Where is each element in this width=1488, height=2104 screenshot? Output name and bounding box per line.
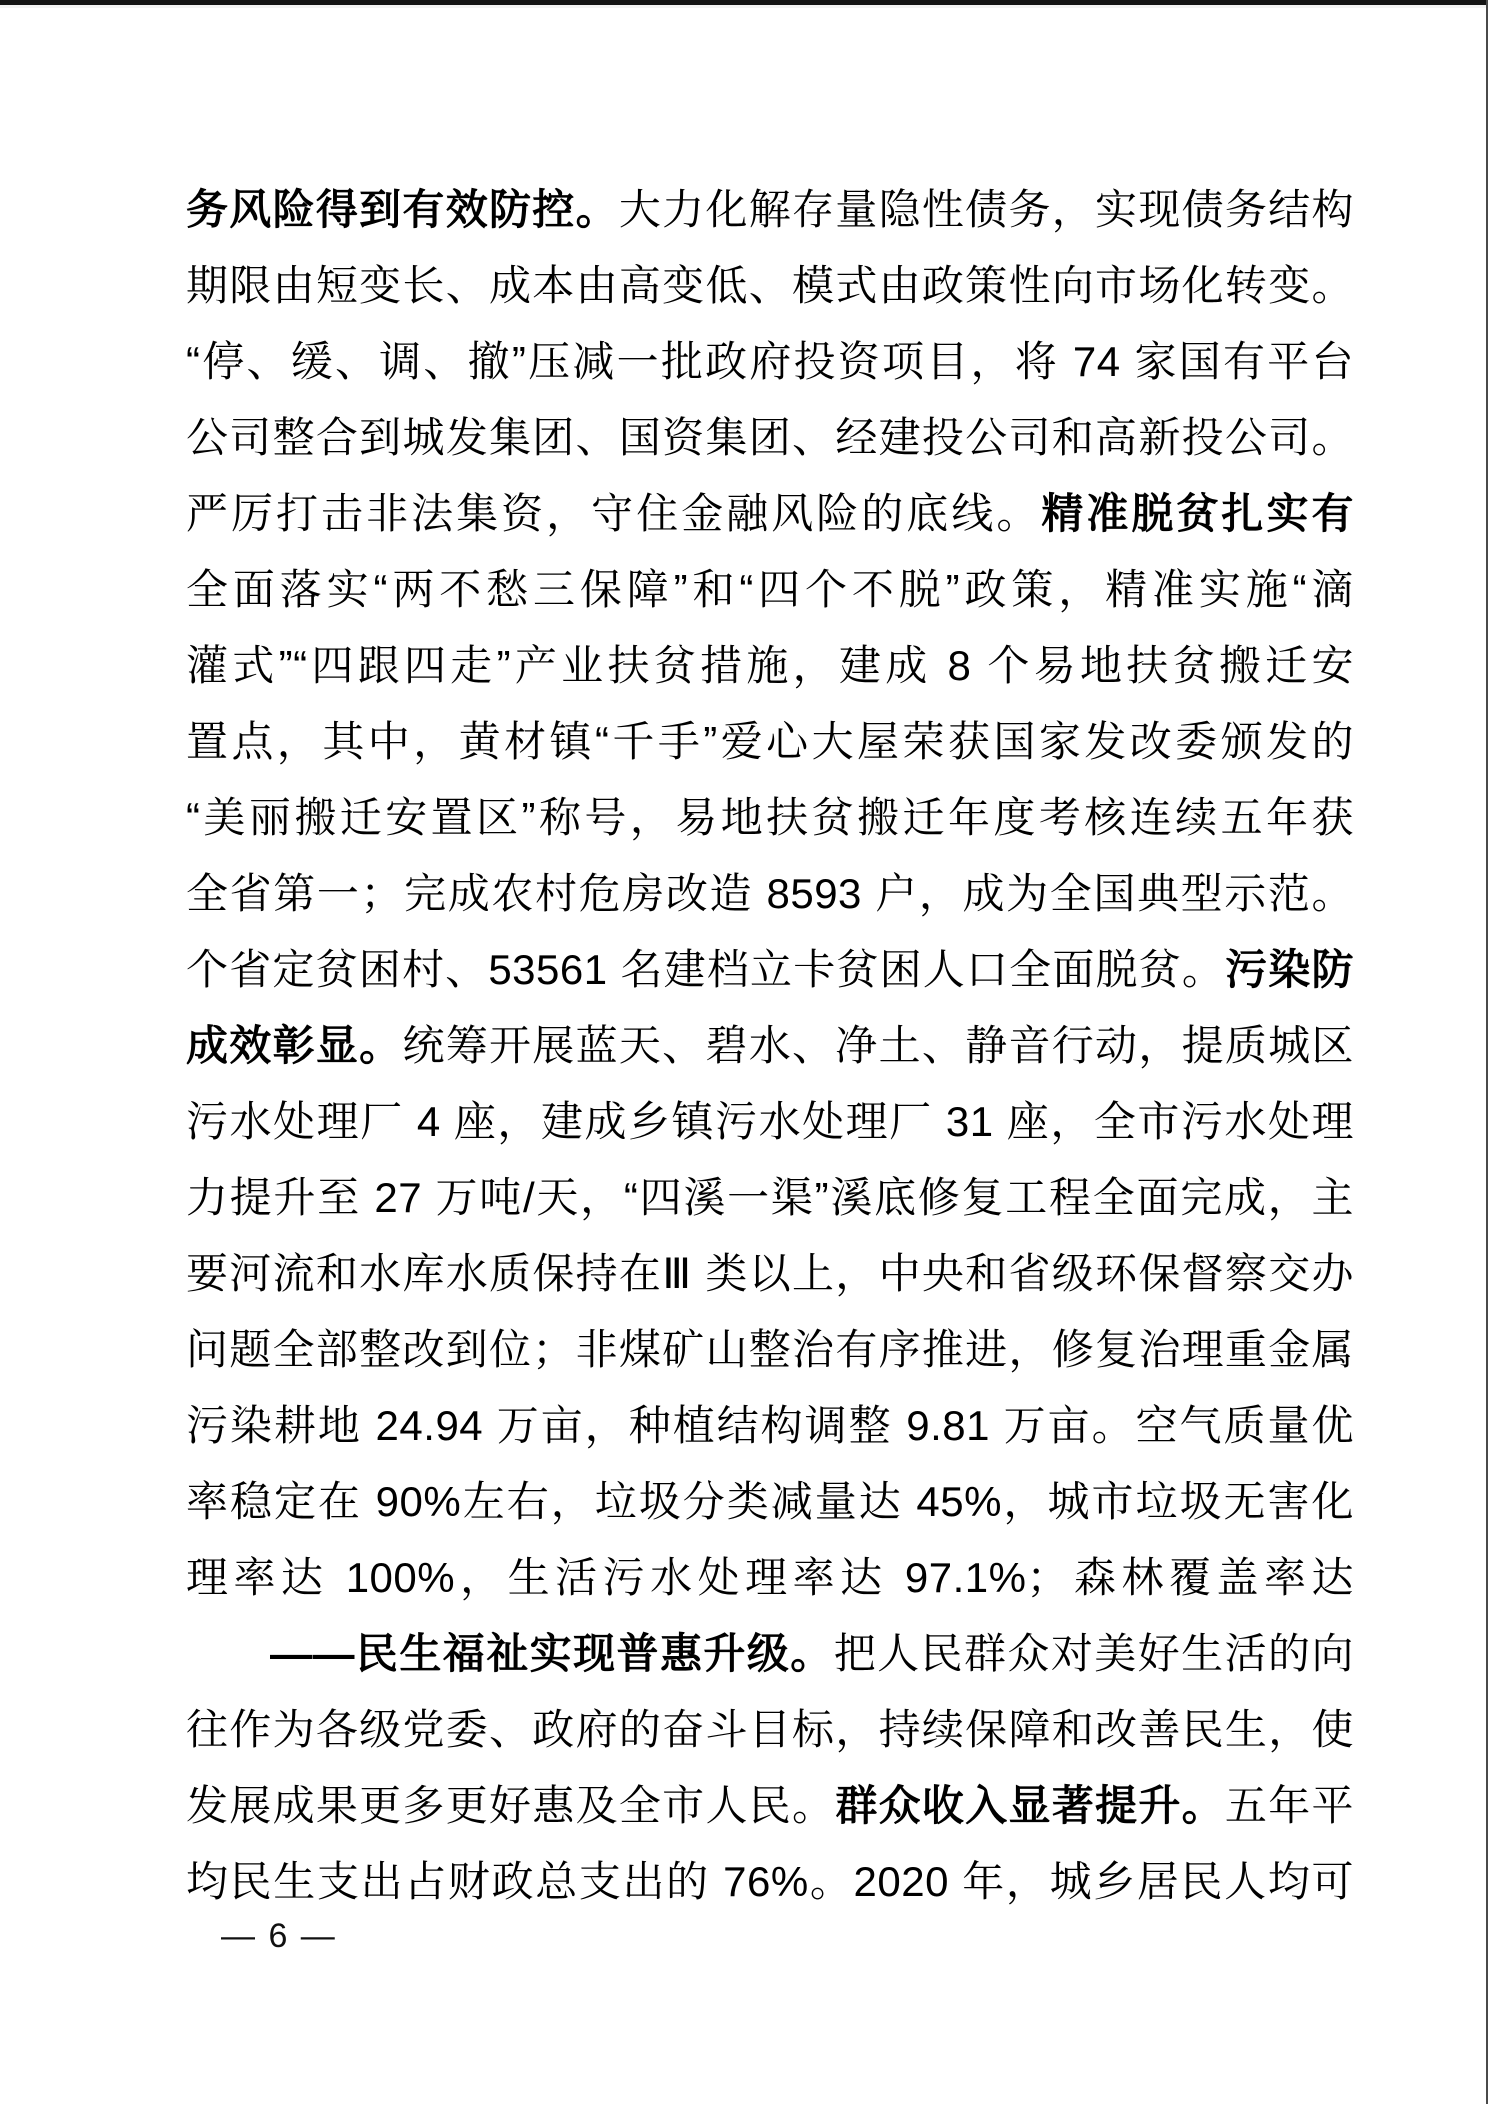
text-line: 置点，其中，黄材镇“千手”爱心大屋荣获国家发改委颁发的 [186, 704, 1354, 780]
text-run: 大力化解存量隐性债务，实现债务结构 [619, 186, 1354, 233]
text-line: 灌式”“四跟四走”产业扶贫措施，建成 8 个易地扶贫搬迁安 [186, 628, 1354, 704]
text-run: 灌式”“四跟四走”产业扶贫措施，建成 8 个易地扶贫搬迁安 [186, 642, 1354, 689]
text-run: 率稳定在 90%左右，垃圾分类减量达 45%，城市垃圾无害化处 [186, 1478, 1354, 1540]
page-top-edge-shadow [0, 5, 1488, 8]
text-line: ——民生福祉实现普惠升级。把人民群众对美好生活的向 [186, 1616, 1354, 1692]
text-run: 均民生支出占财政总支出的 76%。2020 年，城乡居民人均可支 [186, 1858, 1354, 1920]
text-run: 发展成果更多更好惠及全市人民。 [186, 1782, 835, 1829]
text-line: 要河流和水库水质保持在Ⅲ 类以上，中央和省级环保督察交办 [186, 1236, 1354, 1312]
text-line: 期限由短变长、成本由高变低、模式由政策性向市场化转变。 [186, 248, 1354, 324]
emphasis-text-run: 群众收入显著提升。 [835, 1782, 1225, 1829]
text-run: 个省定贫困村、53561 名建档立卡贫困人口全面脱贫。 [186, 946, 1225, 993]
text-run: 期限由短变长、成本由高变低、模式由政策性向市场化转变。 [186, 262, 1354, 309]
text-line: “停、缓、调、撤”压减一批政府投资项目，将 74 家国有平台 [186, 324, 1354, 400]
text-line: 理率达 100%，生活污水处理率达 97.1%；森林覆盖率达 48.8%。 [186, 1540, 1354, 1616]
text-run: 严厉打击非法集资，守住金融风险的底线。 [186, 490, 1041, 537]
text-run: 全省第一；完成农村危房改造 8593 户，成为全国典型示范。31 [186, 870, 1354, 932]
text-line: 个省定贫困村、53561 名建档立卡贫困人口全面脱贫。污染防治 [186, 932, 1354, 1008]
text-line: 严厉打击非法集资，守住金融风险的底线。精准脱贫扎实有效。 [186, 476, 1354, 552]
text-run: 问题全部整改到位；非煤矿山整治有序推进，修复治理重金属 [186, 1326, 1354, 1373]
emphasis-text-run: 务风险得到有效防控。 [186, 186, 619, 233]
emphasis-text-run: 成效彰显。 [186, 1022, 402, 1069]
text-line: 公司整合到城发集团、国资集团、经建投公司和高新投公司。 [186, 400, 1354, 476]
page-number: — 6 — [221, 1914, 337, 1958]
text-run: 全面落实“两不愁三保障”和“四个不脱”政策，精准实施“滴 [186, 566, 1354, 613]
text-line: 往作为各级党委、政府的奋斗目标，持续保障和改善民生，使 [186, 1692, 1354, 1768]
text-run: 污染耕地 24.94 万亩，种植结构调整 9.81 万亩。空气质量优良 [186, 1402, 1354, 1464]
text-run: 公司整合到城发集团、国资集团、经建投公司和高新投公司。 [186, 414, 1354, 461]
text-run: 统筹开展蓝天、碧水、净土、静音行动，提质城区 [402, 1022, 1354, 1069]
text-line: 污染耕地 24.94 万亩，种植结构调整 9.81 万亩。空气质量优良 [186, 1388, 1354, 1464]
text-block: 务风险得到有效防控。大力化解存量隐性债务，实现债务结构期限由短变长、成本由高变低… [186, 172, 1354, 1920]
text-line: 全面落实“两不愁三保障”和“四个不脱”政策，精准实施“滴 [186, 552, 1354, 628]
text-run: 五年平 [1225, 1782, 1354, 1829]
text-run: 往作为各级党委、政府的奋斗目标，持续保障和改善民生，使 [186, 1706, 1354, 1753]
text-run: 理率达 100%，生活污水处理率达 97.1%；森林覆盖率达 48.8%。 [186, 1554, 1354, 1616]
text-line: 发展成果更多更好惠及全市人民。群众收入显著提升。五年平 [186, 1768, 1354, 1844]
text-line: 成效彰显。统筹开展蓝天、碧水、净土、静音行动，提质城区 [186, 1008, 1354, 1084]
text-line: 务风险得到有效防控。大力化解存量隐性债务，实现债务结构 [186, 172, 1354, 248]
text-line: 污水处理厂 4 座，建成乡镇污水处理厂 31 座，全市污水处理能 [186, 1084, 1354, 1160]
text-line: 问题全部整改到位；非煤矿山整治有序推进，修复治理重金属 [186, 1312, 1354, 1388]
text-line: 率稳定在 90%左右，垃圾分类减量达 45%，城市垃圾无害化处 [186, 1464, 1354, 1540]
emphasis-text-run: ——民生福祉实现普惠升级。 [270, 1630, 834, 1677]
text-line: 均民生支出占财政总支出的 76%。2020 年，城乡居民人均可支 [186, 1844, 1354, 1920]
text-line: “美丽搬迁安置区”称号，易地扶贫搬迁年度考核连续五年获 [186, 780, 1354, 856]
text-run: “停、缓、调、撤”压减一批政府投资项目，将 74 家国有平台 [186, 338, 1354, 385]
text-run: 力提升至 27 万吨/天，“四溪一渠”溪底修复工程全面完成，主 [186, 1174, 1354, 1221]
text-line: 全省第一；完成农村危房改造 8593 户，成为全国典型示范。31 [186, 856, 1354, 932]
text-run: 要河流和水库水质保持在Ⅲ 类以上，中央和省级环保督察交办 [186, 1250, 1354, 1297]
text-run: “美丽搬迁安置区”称号，易地扶贫搬迁年度考核连续五年获 [186, 794, 1354, 841]
text-run: 置点，其中，黄材镇“千手”爱心大屋荣获国家发改委颁发的 [186, 718, 1354, 765]
text-line: 力提升至 27 万吨/天，“四溪一渠”溪底修复工程全面完成，主 [186, 1160, 1354, 1236]
text-run: 污水处理厂 4 座，建成乡镇污水处理厂 31 座，全市污水处理能 [186, 1098, 1354, 1160]
text-run: 把人民群众对美好生活的向 [834, 1630, 1354, 1677]
